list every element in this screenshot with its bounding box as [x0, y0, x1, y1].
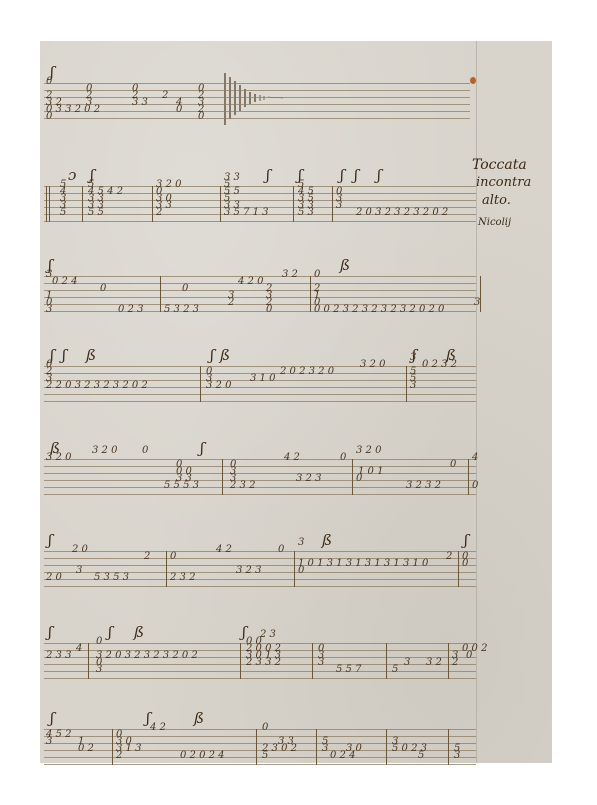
tab-fret-marks: 3 3 [132, 98, 148, 108]
barline [160, 276, 161, 312]
tab-fret-marks: 3 [410, 353, 416, 363]
rhythm-flag: ʃ [48, 625, 52, 640]
barline [200, 366, 201, 402]
tab-fret-marks: 2 [452, 658, 458, 668]
tab-fret-marks: 3 [322, 744, 328, 754]
tab-fret-marks: 3 2 3 [236, 566, 261, 576]
barline [312, 643, 313, 679]
tab-fret-marks: 2 2 0 3 2 3 2 3 2 0 2 [46, 381, 148, 391]
staff-line [44, 586, 476, 587]
tab-fret-marks: 3 5 7 1 3 [224, 208, 269, 218]
staff-line [44, 729, 476, 730]
tab-fret-marks: 0 [262, 723, 268, 733]
tab-fret-marks: 3 2 3 [296, 474, 321, 484]
barline [152, 186, 153, 222]
tab-fret-marks: 4 2 [216, 545, 232, 555]
tab-fret-marks: 2 3 2 [230, 481, 255, 491]
tab-fret-marks: 4 [76, 644, 82, 654]
staff-line [44, 297, 476, 298]
tab-fret-marks: 5 [60, 208, 66, 218]
staff-line [44, 118, 470, 119]
rhythm-flag: ʃ [48, 533, 52, 548]
barline [46, 186, 47, 222]
barline [112, 729, 113, 765]
staff-line [44, 200, 476, 201]
staff-line [44, 736, 476, 737]
staff-line [44, 111, 470, 112]
tab-fret-marks: 5 [392, 665, 398, 675]
tab-fret-marks: 3 0 [346, 744, 362, 754]
barline [220, 186, 221, 222]
rhythm-flag: ɔ [68, 168, 76, 183]
tab-fret-marks: 3 [46, 737, 52, 747]
barline [293, 186, 294, 222]
barline [310, 276, 311, 312]
staff-line [44, 494, 476, 495]
barline [316, 729, 317, 765]
tab-system: ʃß30 2 401030 2 304 2 03 2233225 3 2 300… [40, 256, 552, 318]
tab-fret-marks: 0 [176, 105, 182, 115]
tab-fret-marks: 3 [76, 566, 82, 576]
staff-line [44, 221, 476, 222]
tab-fret-marks: 2 0 [72, 545, 88, 555]
tab-system: ʃʃßʃßʃß0232 2 0 3 2 3 2 3 2 0 2033 2 03 … [40, 346, 552, 408]
barline [448, 729, 449, 765]
staff-line [44, 83, 470, 84]
margin-title-line1: Toccata [472, 157, 527, 173]
rhythm-flag: ʃ [266, 168, 270, 183]
barline [222, 459, 223, 495]
manuscript-page: ʃ0000222223 233 3430 3 3 2 0 20200ɔʃʃʃʃʃ… [40, 41, 552, 763]
tab-system: ʃ0000222223 233 3430 3 3 2 0 20200 [40, 63, 552, 125]
rhythm-flag: ß [322, 533, 332, 548]
tab-fret-marks: 0 [46, 77, 52, 87]
tab-fret-marks: 0 2 4 [52, 277, 77, 287]
tab-fret-marks: 0 [170, 552, 176, 562]
tab-fret-marks: 3 [96, 665, 102, 675]
staff-line [44, 104, 470, 105]
tab-fret-marks: 3 [454, 751, 460, 761]
rhythm-flag: ß [86, 348, 96, 363]
margin-title-line3: alto. [482, 193, 511, 208]
tab-fret-marks: 0 [356, 474, 362, 484]
tab-fret-marks: 5 3 5 3 [94, 573, 129, 583]
staff-line [44, 459, 476, 460]
tab-fret-marks: 0 2 [78, 744, 94, 754]
barline [240, 643, 241, 679]
staff-line [44, 290, 476, 291]
tab-fret-marks: 3 2 0 3 2 3 2 3 2 0 2 [96, 651, 198, 661]
tab-fret-marks: 1 0 1 3 1 3 1 3 1 3 1 3 1 0 [298, 559, 428, 569]
tab-fret-marks: 0 2 0 2 4 [180, 751, 225, 761]
barline [468, 459, 469, 495]
tab-fret-marks: 3 [298, 538, 304, 548]
tab-fret-marks: 2 3 2 [170, 573, 195, 583]
rhythm-flag: ʃ [50, 711, 54, 726]
barline [82, 186, 83, 222]
tab-fret-marks: 0 [266, 305, 272, 315]
tab-fret-marks: 2 [144, 552, 150, 562]
tab-fret-marks: 0 [314, 270, 320, 280]
tab-fret-marks: 5 5 5 3 [164, 481, 199, 491]
rhythm-flag: ʃ [354, 168, 358, 183]
tab-system: ʃßʃ2 0232 05 3 5 304 203 2 32 3 231 0 1 … [40, 531, 552, 593]
rhythm-flag: ʃ [377, 168, 381, 183]
staff-line [44, 764, 476, 765]
staff-line [44, 671, 476, 672]
barline [386, 729, 387, 765]
barline [406, 366, 407, 402]
tab-fret-marks: 3 2 [282, 270, 298, 280]
barline [294, 551, 295, 587]
barline [332, 186, 333, 222]
tab-fret-marks: 2 [228, 298, 234, 308]
rhythm-flag: ʃ [340, 168, 344, 183]
tab-fret-marks: 0 [278, 545, 284, 555]
tab-fret-marks: 0 [472, 481, 478, 491]
tab-fret-marks: 3 1 0 [250, 374, 275, 384]
tab-fret-marks: 2 3 3 2 [246, 658, 281, 668]
tab-fret-marks: 3 3 [278, 737, 294, 747]
tab-fret-marks: 3 [474, 298, 480, 308]
tab-fret-marks: 3 [318, 658, 324, 668]
tab-fret-marks: 0 [298, 566, 304, 576]
tab-fret-marks: 3 2 0 [206, 381, 231, 391]
tab-fret-marks: 2 [446, 552, 452, 562]
tab-system: ʃʃßʃ42 3 303 2 0 3 2 3 2 3 2 0 2032 30 0… [40, 623, 552, 685]
tab-fret-marks: 3 [46, 305, 52, 315]
tab-fret-marks: 2 3 3 [46, 651, 71, 661]
barline [88, 643, 89, 679]
tab-fret-marks: 5 [262, 751, 268, 761]
staff-line [44, 678, 476, 679]
rhythm-flag: ʃ [210, 348, 214, 363]
tab-fret-marks: 0 2 3 2 [422, 360, 457, 370]
staff-line [44, 551, 476, 552]
rhythm-flag: ʃ [62, 348, 66, 363]
barline [448, 643, 449, 679]
rhythm-flag: ʃ [108, 625, 112, 640]
staff-line [44, 97, 470, 98]
tab-fret-marks: 2 0 [46, 573, 62, 583]
tab-fret-marks: 4 2 0 [238, 277, 263, 287]
tab-fret-marks: 0 [466, 651, 472, 661]
tab-fret-marks: 0 2 3 [118, 305, 143, 315]
tab-system: ʃʃß4 5 2310 24 203 03 1 320 2 0 2 402 3 … [40, 709, 552, 771]
tab-fret-marks: 3 2 [426, 658, 442, 668]
tab-fret-marks: 2 [116, 751, 122, 761]
tab-system: ßʃ3 2 03 2 0000 03 35 5 5 30332 3 24 203… [40, 439, 552, 501]
tab-fret-marks: 2 0 3 2 3 2 3 2 0 2 [356, 208, 448, 218]
staff-line [44, 473, 476, 474]
staff-line [44, 466, 476, 467]
rhythm-flag: ß [194, 711, 204, 726]
tab-fret-marks: 4 2 [150, 723, 166, 733]
staff-line [44, 90, 470, 91]
tab-fret-marks: 2 [156, 208, 162, 218]
tab-fret-marks: 3 2 0 [46, 453, 71, 463]
barline [352, 459, 353, 495]
barline [49, 186, 50, 222]
tab-fret-marks: 3 2 0 [356, 446, 381, 456]
barline [166, 551, 167, 587]
tab-fret-marks: 3 [404, 658, 410, 668]
staff-line [44, 401, 476, 402]
tab-fret-marks: 4 2 [284, 453, 300, 463]
rhythm-flag: ß [220, 348, 230, 363]
tab-fret-marks: 0 [96, 637, 102, 647]
tab-fret-marks: 2 [162, 91, 168, 101]
tab-fret-marks: 0 3 3 2 0 2 [46, 105, 100, 115]
rhythm-flag: ʃ [464, 533, 468, 548]
tab-fret-marks: 0 [198, 112, 204, 122]
tab-fret-marks: 3 2 0 [360, 360, 385, 370]
rhythm-flag: ʃ [200, 441, 204, 456]
staff-line [44, 757, 476, 758]
tab-fret-marks: 5 5 7 [336, 665, 361, 675]
tab-fret-marks: 0 [450, 460, 456, 470]
tab-fret-marks: 0 [462, 559, 468, 569]
tab-fret-marks: 0 [340, 453, 346, 463]
tab-fret-marks: 3 2 3 2 [406, 481, 441, 491]
barline [386, 643, 387, 679]
tab-fret-marks: 0 [182, 284, 188, 294]
tab-fret-marks: 0 [100, 284, 106, 294]
rhythm-flag: ß [134, 625, 144, 640]
tab-fret-marks: 4 [472, 453, 478, 463]
barline [256, 729, 257, 765]
tab-fret-marks: 3 [336, 201, 342, 211]
tab-fret-marks: 5 3 2 3 [164, 305, 199, 315]
tab-fret-marks: 0 [46, 112, 52, 122]
barline [458, 551, 459, 587]
tab-fret-marks: 3 [410, 381, 416, 391]
tab-fret-marks: 2 0 2 3 2 0 [280, 367, 334, 377]
tab-fret-marks: 2 3 [260, 630, 276, 640]
tab-fret-marks: 5 5 [88, 208, 104, 218]
tab-fret-marks: 3 2 0 [92, 446, 117, 456]
margin-attribution: Nicolij [478, 217, 511, 228]
tab-fret-marks: 5 [418, 751, 424, 761]
tab-fret-marks: 5 3 [298, 208, 314, 218]
tab-fret-marks: 0 [142, 446, 148, 456]
staff-line [44, 394, 476, 395]
rhythm-flag: ß [340, 258, 350, 273]
margin-title-line2: incontra [476, 175, 531, 190]
tab-fret-marks: 0 0 2 3 2 3 2 3 2 3 2 0 2 0 [314, 305, 444, 315]
